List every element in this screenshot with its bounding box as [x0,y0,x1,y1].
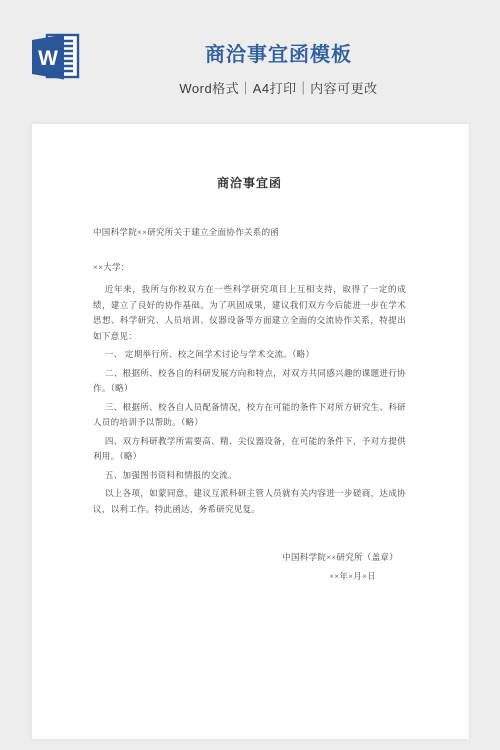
document-salutation: ××大学： [93,261,406,274]
template-preview-canvas: W 商洽事宜函模板 Word格式｜A4打印｜内容可更改 商洽事宜函 中国科学院×… [0,0,500,750]
doc-list-item-1: 一、 定期举行所、校之间学术讨论与学术交流。（略） [93,347,406,363]
doc-paragraph-closing: 以上各项，如蒙同意，建议互派科研主管人员就有关内容进一步磋商，达成协议，以利工作… [93,486,406,517]
page-title: 商洽事宜函模板 [88,38,469,67]
doc-list-item-3: 三、根据所、校各自人员配备情况，校方在可能的条件下对所方研究生、科研人员的培训予… [93,400,406,431]
doc-list-item-4: 四、双方科研教学所需要高、精、尖仪器设备，在可能的条件下，予对方提供利用。（略） [93,434,406,465]
doc-list-item-5: 五、加强图书资料和情报的交流。 [93,468,406,484]
word-icon: W [30,33,82,81]
signature-name: 中国科学院××研究所（盖章） [93,551,406,564]
doc-list-item-2: 二、根据所、校各自的科研发展方向和特点，对双方共同感兴趣的课题进行协作。（略） [93,366,406,397]
header: W 商洽事宜函模板 Word格式｜A4打印｜内容可更改 [0,0,500,124]
document-body: 近年来，我所与你校双方在一些科学研究项目上互相支持，取得了一定的成绩，建立了良好… [93,282,406,517]
signature-date: ××年×月×日 [93,570,406,583]
doc-paragraph-intro: 近年来，我所与你校双方在一些科学研究项目上互相支持，取得了一定的成绩，建立了良好… [93,282,406,344]
header-text: 商洽事宜函模板 Word格式｜A4打印｜内容可更改 [88,38,469,97]
document-title: 商洽事宜函 [93,176,406,190]
document-subject-line: 中国科学院××研究所关于建立全面协作关系的函 [93,226,406,239]
page-subtitle: Word格式｜A4打印｜内容可更改 [88,78,469,97]
svg-text:W: W [38,47,58,70]
document-page: 商洽事宜函 中国科学院××研究所关于建立全面协作关系的函 ××大学： 近年来，我… [32,124,469,739]
